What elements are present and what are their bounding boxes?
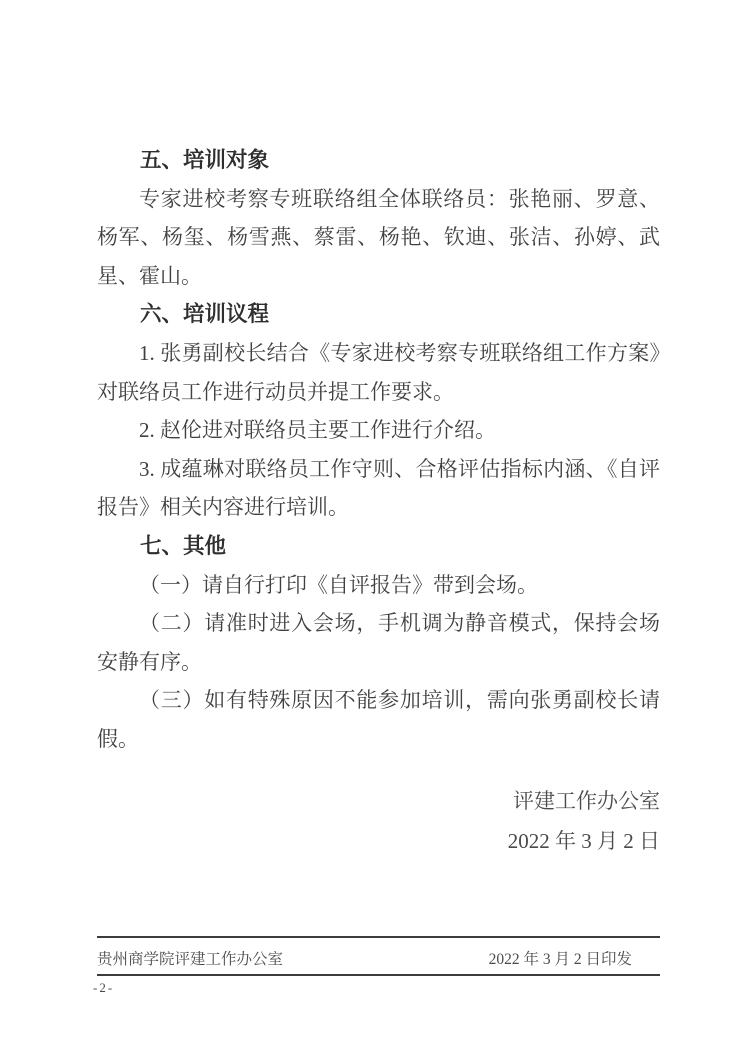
page-number: -2- <box>93 980 114 996</box>
section-heading: 六、培训议程 <box>97 295 660 334</box>
paragraph: 1. 张勇副校长结合《专家进校考察专班联络组工作方案》对联络员工作进行动员并提工… <box>97 334 660 411</box>
paragraph: 3. 成蕴琳对联络员工作守则、合格评估指标内涵、《自评报告》相关内容进行培训。 <box>97 450 660 527</box>
section-training-targets: 五、培训对象 专家进校考察专班联络组全体联络员：张艳丽、罗意、杨军、杨玺、杨雪燕… <box>97 141 660 295</box>
paragraph: （一）请自行打印《自评报告》带到会场。 <box>97 566 660 605</box>
section-training-agenda: 六、培训议程 1. 张勇副校长结合《专家进校考察专班联络组工作方案》对联络员工作… <box>97 295 660 527</box>
signature-date: 2022 年 3 月 2 日 <box>97 821 660 861</box>
footer-rule-top <box>97 936 660 938</box>
paragraph: 2. 赵伦进对联络员主要工作进行介绍。 <box>97 411 660 450</box>
footer-rule-bottom <box>97 974 660 976</box>
document-page: 五、培训对象 专家进校考察专班联络组全体联络员：张艳丽、罗意、杨军、杨玺、杨雪燕… <box>0 0 750 1061</box>
section-other: 七、其他 （一）请自行打印《自评报告》带到会场。 （二）请准时进入会场，手机调为… <box>97 527 660 759</box>
signature-office: 评建工作办公室 <box>97 781 660 821</box>
footer-row: 贵州商学院评建工作办公室 2022 年 3 月 2 日印发 <box>97 944 660 972</box>
paragraph: （二）请准时进入会场，手机调为静音模式，保持会场安静有序。 <box>97 604 660 681</box>
footer-issuer: 贵州商学院评建工作办公室 <box>97 947 283 969</box>
document-body: 五、培训对象 专家进校考察专班联络组全体联络员：张艳丽、罗意、杨军、杨玺、杨雪燕… <box>97 141 660 759</box>
paragraph: （三）如有特殊原因不能参加培训，需向张勇副校长请假。 <box>97 681 660 758</box>
section-heading: 五、培训对象 <box>97 141 660 180</box>
signature-block: 评建工作办公室 2022 年 3 月 2 日 <box>97 781 660 861</box>
section-heading: 七、其他 <box>97 527 660 566</box>
paragraph: 专家进校考察专班联络组全体联络员：张艳丽、罗意、杨军、杨玺、杨雪燕、蔡雷、杨艳、… <box>97 180 660 296</box>
footer-print-date: 2022 年 3 月 2 日印发 <box>489 947 660 969</box>
